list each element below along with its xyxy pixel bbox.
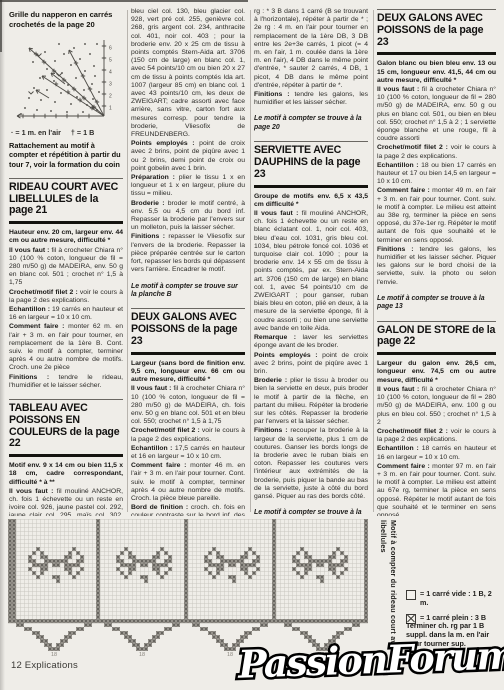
paragraph: Finitions : tendre les galons, les humid… xyxy=(254,91,368,107)
paragraph: Il vous faut : fil à crocheter Chiara n°… xyxy=(131,385,245,426)
paragraph: Il vous faut : fil à crocheter Chiara n°… xyxy=(377,386,496,427)
treble-stitch-icon: † xyxy=(71,128,75,137)
legend-bar-label: = 1 B xyxy=(77,128,94,137)
paragraph: Finitions : tendre les galons, les humid… xyxy=(377,246,496,287)
paragraph: Comment faire : monter 62 m. en l'air + … xyxy=(9,323,123,372)
scan-edge-top xyxy=(0,0,248,2)
section-body: Motif env. 9 x 14 cm ou bien 11,5 x 18 c… xyxy=(9,462,123,516)
legend-chain-label: = 1 m. en l'air xyxy=(15,128,60,137)
paragraph: Finitions : repasser le Vliesofix sur l'… xyxy=(131,233,245,274)
scallop-tip-label: 18 xyxy=(135,652,149,658)
napperon-crochet-diagram xyxy=(9,32,121,126)
section-body-continued: rg : * 3 B dans 1 carré (B se trouvant à… xyxy=(254,8,368,107)
paragraph: bleu ciel col. 130, bleu glacier col. 92… xyxy=(131,8,245,139)
paragraph: Galon blanc ou bien bleu env. 13 ou 15 c… xyxy=(377,60,496,85)
section-body: Groupe de motifs env. 6,5 x 43,5 cm diff… xyxy=(254,193,368,502)
napperon-diagram-legend: ·= 1 m. en l'air †= 1 B xyxy=(11,128,123,137)
paragraph: Comment faire : monter 46 m. en l'air + … xyxy=(131,462,245,503)
paragraph: Largeur du galon env. 26,5 cm, longueur … xyxy=(377,360,496,385)
paragraph: Motif env. 9 x 14 cm ou bien 11,5 x 18 c… xyxy=(9,462,123,487)
text-column-1: Grille du napperon en carrés crochetés d… xyxy=(9,8,123,516)
reference-note: Le motif à compter se trouve à la page 2… xyxy=(254,115,368,132)
column-divider xyxy=(250,10,251,512)
scan-edge-shadow xyxy=(0,0,5,690)
paragraph: Echantillon : 17,5 carrés en hauteur et … xyxy=(131,445,245,461)
paragraph: Finitions : tendre le rideau, l'humidifi… xyxy=(9,374,123,390)
paragraph: Largeur (sans bord de finition env. 9,5 … xyxy=(131,360,245,385)
section-heading-deux-galons-2: DEUX GALONS AVEC POISSONS de la page 23 xyxy=(377,9,496,55)
paragraph: Echantillon : 18 carrés en hauteur et 16… xyxy=(377,445,496,461)
section-body: Galon blanc ou bien bleu env. 13 ou 15 c… xyxy=(377,60,496,286)
paragraph: Comment faire : monter 49 m. en l'air + … xyxy=(377,187,496,244)
paragraph: Crochet/motif filet 2 : voir le cours à … xyxy=(377,428,496,444)
section-heading-tableau-poissons: TABLEAU AVEC POISSONS EN COULEURS de la … xyxy=(9,399,123,457)
napperon-diagram-caption: Rattachement au motif à compter et répét… xyxy=(9,141,123,169)
text-column-2: bleu ciel col. 130, bleu glacier col. 92… xyxy=(131,8,245,516)
section-body-continued: bleu ciel col. 130, bleu glacier col. 92… xyxy=(131,8,245,275)
paragraph: Crochet/motif filet 2 : voir le cours à … xyxy=(131,427,245,443)
paragraph: Echantillon : 18 ou bien 17 carrés en ha… xyxy=(377,162,496,187)
filet-chart-canvas xyxy=(8,519,368,651)
scallop-tip-label: 18 xyxy=(47,652,61,658)
napperon-diagram-title: Grille du napperon en carrés crochetés d… xyxy=(9,10,123,29)
paragraph: Il vous faut : fil à crocheter Chiara n°… xyxy=(377,86,496,143)
paragraph: Broderie : plier le tissu à broder ou bi… xyxy=(254,377,368,426)
paragraph: Comment faire : monter 97 m. en l'air + … xyxy=(377,463,496,516)
legend-chain-entry: ·= 1 m. en l'air xyxy=(11,128,61,137)
reference-note: Le motif à compter se trouve sur la plan… xyxy=(131,283,245,300)
paragraph: Points employés : point de croix avec 2 … xyxy=(131,140,245,173)
paragraph: Groupe de motifs env. 6,5 x 43,5 cm diff… xyxy=(254,193,368,209)
paragraph: Points employés : point de croix avec 2 … xyxy=(254,352,368,377)
legend-empty-square-label: = 1 carré vide : 1 B, 2 m. xyxy=(420,590,500,607)
paragraph: Bord de finition : croch. ch. fois en co… xyxy=(131,504,245,516)
paragraph: Broderie : broder le motif centré, à env… xyxy=(131,200,245,233)
text-column-4: DEUX GALONS AVEC POISSONS de la page 23 … xyxy=(377,8,496,516)
section-heading-serviette-dauphins: SERVIETTE AVEC DAUPHINS de la page 23 xyxy=(254,141,368,187)
section-heading-rideau-court: RIDEAU COURT AVEC LIBELLULES de la page … xyxy=(9,178,123,224)
paragraph: Crochet/motif filet 2 : voir le cours à … xyxy=(9,289,123,305)
section-body: Largeur du galon env. 26,5 cm, longueur … xyxy=(377,360,496,516)
paragraph: rg : * 3 B dans 1 carré (B se trouvant à… xyxy=(254,8,368,90)
paragraph: Crochet/motif filet 2 : voir le cours à … xyxy=(377,144,496,160)
legend-empty-square-entry: = 1 carré vide : 1 B, 2 m. xyxy=(406,590,500,607)
section-heading-deux-galons: DEUX GALONS AVEC POISSONS de la page 23 xyxy=(131,308,245,354)
scallop-tip-label: 18 xyxy=(223,652,237,658)
chain-stitch-icon: · xyxy=(11,128,13,137)
page-footer: 12 Explications xyxy=(11,660,78,671)
column-divider xyxy=(373,10,374,512)
paragraph: Préparation : plier le tissu 1 x en long… xyxy=(131,174,245,199)
reference-note: Le motif à compter se trouve à la page 1… xyxy=(377,295,496,312)
paragraph: Il vous faut : fil mouliné ANCHOR, ch. f… xyxy=(9,488,123,516)
empty-square-icon xyxy=(406,590,416,600)
section-heading-galon-store: GALON DE STORE de la page 22 xyxy=(377,321,496,356)
reference-note: Le motif à compter se trouve à la page 1… xyxy=(254,509,368,516)
paragraph: Remarque : laver les serviettes éponge a… xyxy=(254,334,368,350)
paragraph: Finitions : recouper la broderie à la la… xyxy=(254,427,368,501)
paragraph: Il vous faut : fil mouliné ANCHOR, ch. f… xyxy=(254,210,368,333)
paragraph: Echantillon : 19 carrés en hauteur et 16… xyxy=(9,306,123,322)
paragraph: Hauteur env. 20 cm, largeur env. 44 cm o… xyxy=(9,229,123,245)
paragraph: Il vous faut : fil à crocheter Chiara n°… xyxy=(9,247,123,288)
scanned-magazine-page: { "page": { "footer": "12 Explications",… xyxy=(0,0,504,690)
section-body: Largeur (sans bord de finition env. 9,5 … xyxy=(131,360,245,516)
column-divider xyxy=(127,10,128,512)
text-column-3: rg : * 3 B dans 1 carré (B se trouvant à… xyxy=(254,8,368,516)
section-body: Hauteur env. 20 cm, largeur env. 44 cm o… xyxy=(9,229,123,390)
legend-bar-entry: †= 1 B xyxy=(71,128,94,137)
